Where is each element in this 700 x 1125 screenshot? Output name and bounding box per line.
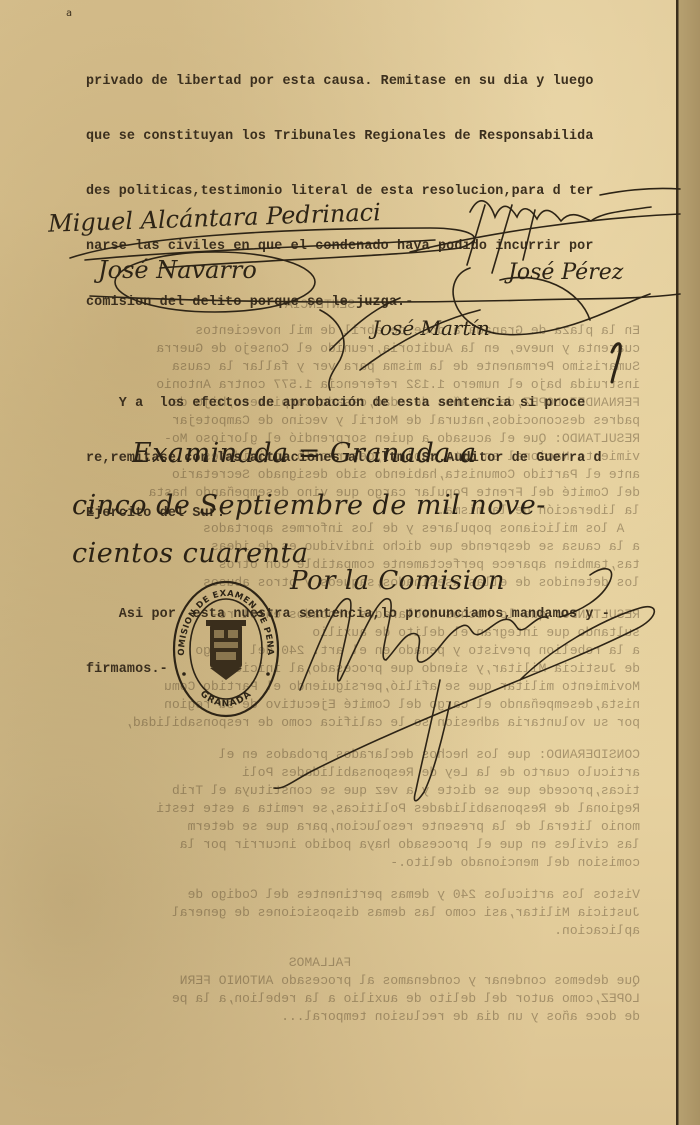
bleed-through-line: CONSIDERANDO: que los hechos declarados … bbox=[0, 746, 640, 764]
typed-line: narse las civiles en que el condenado ha… bbox=[86, 238, 686, 256]
annotation-line-1: Examinada = Granada a bbox=[132, 438, 477, 469]
corner-mark: a bbox=[66, 8, 72, 19]
typed-line: comision del delito porque se le juzga.- bbox=[86, 294, 686, 312]
bleed-through-line: FALLAMOS bbox=[0, 954, 640, 972]
typed-line: Y a los efectos de aprobación de esta se… bbox=[86, 395, 686, 413]
typed-line: des politicas,testimonio literal de esta… bbox=[86, 183, 686, 201]
bleed-through-line: Que debemos condenar y condenamos al pro… bbox=[0, 972, 640, 990]
typed-line: que se constituyan los Tribunales Region… bbox=[86, 128, 686, 146]
signature-jose-navarro: José Navarro bbox=[98, 256, 257, 284]
bleed-through-line: Regional de Responsabilidades Politicas,… bbox=[0, 800, 640, 818]
bleed-through-line: las civiles en que el procesado haya pod… bbox=[0, 836, 640, 854]
signature-jose-martin: José Martín bbox=[372, 316, 490, 340]
annotation-closing: Por la Comision bbox=[290, 566, 505, 596]
stamp-seal-icon: COMISION DE EXAMEN DE PENAS GRANADA bbox=[170, 578, 282, 720]
bleed-through-line: Vistos los articulos 240 y demas pertine… bbox=[0, 886, 640, 904]
bleed-through-line: articulo cuarto de la Ley de Responsabil… bbox=[0, 764, 640, 782]
bleed-through-line: por su voluntaria adhesion se le calific… bbox=[0, 714, 640, 732]
bleed-through-line: Justicia Militar,asi como las demas disp… bbox=[0, 904, 640, 922]
bleed-through-line: comision del mencionado delito.- bbox=[0, 854, 640, 872]
bleed-through-line: de doce años y un dia de reclusion tempo… bbox=[0, 1008, 640, 1026]
signature-jose-perez: José Pérez bbox=[508, 260, 623, 285]
typed-line: privado de libertad por esta causa. Remi… bbox=[86, 73, 686, 91]
annotation-line-3: cientos cuarenta bbox=[72, 538, 309, 569]
annotation-line-2: cinco de Septiembre de mil nove- bbox=[72, 490, 546, 521]
bleed-through-line: monio literal de la presente resolucion,… bbox=[0, 818, 640, 836]
bleed-through-line: ticas,procede que se dicte y a vez que s… bbox=[0, 782, 640, 800]
commission-stamp: COMISION DE EXAMEN DE PENAS GRANADA bbox=[170, 578, 282, 720]
bleed-through-line: aplicacion. bbox=[0, 922, 640, 940]
bleed-through-line: nista,desempeñando el cargo del Comité E… bbox=[0, 696, 640, 714]
bleed-through-line: LOPEZ,como autor del delito de auxilio a… bbox=[0, 990, 640, 1008]
